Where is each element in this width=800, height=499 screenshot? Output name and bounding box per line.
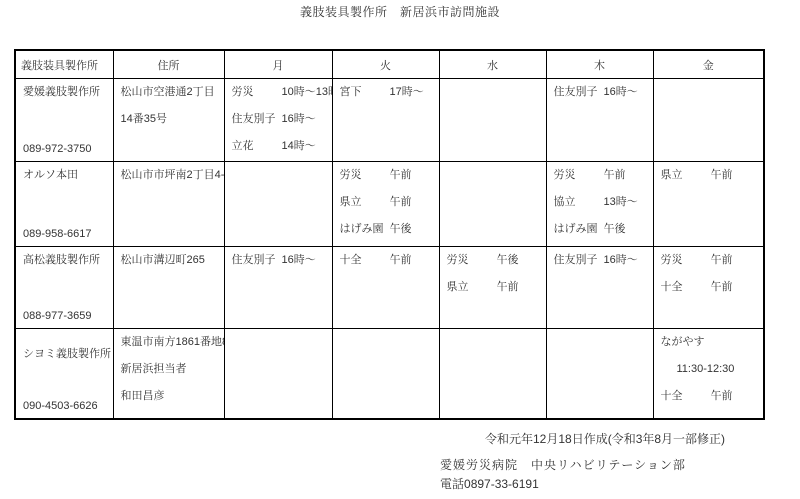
schedule-entry: 住友別子16時〜 [232,106,325,133]
visit-time: 午前 [711,281,733,293]
company-name: オルソ本田 [23,162,106,189]
phone-number: 0897-33-6191 [464,477,539,491]
schedule-cell-wednesday [439,162,546,247]
organization-name: 愛媛労災病院 中央リハビリテーション部 [440,456,686,473]
facility-name: 県立 [661,162,711,189]
address-line: 松山市市坪南2丁目4-24 [121,162,217,189]
facility-name: 宮下 [340,79,390,106]
visit-time: 午前 [711,169,733,181]
facility-name: 労災 [232,79,282,106]
company-name: シヨミ義肢製作所 [23,329,106,368]
facility-name: ながやす [661,329,711,356]
column-header-maker: 義肢装具製作所 [15,50,113,79]
address-line: 和田昌彦 [121,383,217,410]
table-row: 高松義肢製作所 088-977-3659 松山市溝辺町265 住友別子16時〜 … [15,247,764,329]
visit-time: 11:30-12:30 [677,363,735,375]
schedule-cell-monday: 住友別子16時〜 [224,247,332,329]
contact-phone: 電話0897-33-6191 [440,475,539,492]
visit-time: 午前 [390,169,412,181]
facility-name: 十全 [340,247,390,274]
address-line: 14番35号 [121,106,217,133]
visit-time: 16時〜 [604,86,638,98]
facility-name: はげみ園 [340,216,390,243]
schedule-entry: 労災10時〜13時 [232,79,325,106]
schedule-cell-friday: 県立午前 [653,162,764,247]
visit-time: 午後 [497,254,519,266]
schedule-entry: 立花14時〜 [232,133,325,160]
address-line: 松山市空港通2丁目 [121,79,217,106]
facility-name: 労災 [661,247,711,274]
schedule-entry: 協立13時〜 [554,189,646,216]
schedule-cell-tuesday: 労災午前 県立午前 はげみ園午後 [332,162,439,247]
schedule-cell-tuesday: 宮下17時〜 [332,79,439,162]
schedule-cell-friday: ながやす 11:30-12:30 十全午前 [653,329,764,420]
schedule-entry: 十全午前 [340,247,432,274]
table-header-row: 義肢装具製作所 住所 月 火 水 木 金 [15,50,764,79]
address-line: 松山市溝辺町265 [121,247,217,274]
visit-time: 午前 [604,169,626,181]
schedule-cell-wednesday [439,329,546,420]
schedule-entry: 11:30-12:30 [661,356,757,383]
facility-name: 労災 [447,247,497,274]
schedule-entry: はげみ園午後 [340,216,432,243]
column-header-address: 住所 [113,50,224,79]
schedule-entry: 十全午前 [661,274,757,301]
facility-name: 労災 [340,162,390,189]
visit-time: 午前 [711,390,733,402]
schedule-entry: 県立午前 [340,189,432,216]
schedule-entry: 宮下17時〜 [340,79,432,106]
facility-name: 立花 [232,133,282,160]
maker-cell: シヨミ義肢製作所 090-4503-6626 [15,329,113,420]
schedule-entry: 労災午後 [447,247,539,274]
column-header-wednesday: 水 [439,50,546,79]
schedule-cell-wednesday [439,79,546,162]
schedule-entry: ながやす [661,329,757,356]
facility-name: 住友別子 [554,247,604,274]
maker-cell: 高松義肢製作所 088-977-3659 [15,247,113,329]
facility-name: はげみ園 [554,216,604,243]
schedule-entry: 十全午前 [661,383,757,410]
visit-schedule-table: 義肢装具製作所 住所 月 火 水 木 金 愛媛義肢製作所 089-972-375… [14,49,765,420]
maker-cell: オルソ本田 089-958-6617 [15,162,113,247]
document-page: 義肢装具製作所 新居浜市訪問施設 義肢装具製作所 住所 月 火 水 木 金 愛媛… [0,0,800,499]
visit-time: 午前 [390,254,412,266]
address-line: 新居浜担当者 [121,356,217,383]
schedule-cell-thursday: 住友別子16時〜 [546,247,653,329]
visit-time: 16時〜 [282,254,316,266]
company-phone: 088-977-3659 [23,310,92,323]
maker-cell: 愛媛義肢製作所 089-972-3750 [15,79,113,162]
column-header-tuesday: 火 [332,50,439,79]
phone-label: 電話 [440,475,464,492]
table-row: オルソ本田 089-958-6617 松山市市坪南2丁目4-24 労災午前 県立… [15,162,764,247]
address-cell: 松山市市坪南2丁目4-24 [113,162,224,247]
column-header-thursday: 木 [546,50,653,79]
facility-name: 十全 [661,274,711,301]
facility-name: 十全 [661,383,711,410]
schedule-cell-tuesday [332,329,439,420]
company-phone: 090-4503-6626 [23,400,98,413]
address-cell: 松山市空港通2丁目 14番35号 [113,79,224,162]
visit-time: 午前 [497,281,519,293]
facility-name: 住友別子 [232,247,282,274]
table-row: 愛媛義肢製作所 089-972-3750 松山市空港通2丁目 14番35号 労災… [15,79,764,162]
schedule-entry: 労災午前 [554,162,646,189]
column-header-friday: 金 [653,50,764,79]
schedule-cell-monday [224,329,332,420]
visit-time: 10時〜13時 [282,86,332,98]
facility-name: 県立 [447,274,497,301]
facility-name: 労災 [554,162,604,189]
facility-name: 協立 [554,189,604,216]
schedule-cell-tuesday: 十全午前 [332,247,439,329]
schedule-entry: 県立午前 [661,162,757,189]
company-phone: 089-972-3750 [23,143,92,156]
created-date: 令和元年12月18日作成(令和3年8月一部修正) [485,430,725,447]
schedule-entry: 県立午前 [447,274,539,301]
schedule-entry: 住友別子16時〜 [554,79,646,106]
schedule-cell-wednesday: 労災午後 県立午前 [439,247,546,329]
schedule-entry: 労災午前 [340,162,432,189]
facility-name: 県立 [340,189,390,216]
facility-name: 住友別子 [554,79,604,106]
visit-time: 午前 [390,196,412,208]
address-line: 東温市南方1861番地8号 [121,329,217,356]
schedule-cell-friday: 労災午前 十全午前 [653,247,764,329]
visit-time: 16時〜 [282,113,316,125]
address-cell: 松山市溝辺町265 [113,247,224,329]
visit-time: 16時〜 [604,254,638,266]
schedule-cell-thursday: 住友別子16時〜 [546,79,653,162]
table-row: シヨミ義肢製作所 090-4503-6626 東温市南方1861番地8号 新居浜… [15,329,764,420]
address-cell: 東温市南方1861番地8号 新居浜担当者 和田昌彦 [113,329,224,420]
facility-name: 住友別子 [232,106,282,133]
schedule-cell-thursday: 労災午前 協立13時〜 はげみ園午後 [546,162,653,247]
page-title: 義肢装具製作所 新居浜市訪問施設 [0,3,800,20]
company-phone: 089-958-6617 [23,228,92,241]
visit-time: 17時〜 [390,86,424,98]
schedule-cell-monday: 労災10時〜13時 住友別子16時〜 立花14時〜 [224,79,332,162]
visit-time: 午前 [711,254,733,266]
schedule-entry: 労災午前 [661,247,757,274]
visit-time: 13時〜 [604,196,638,208]
company-name: 高松義肢製作所 [23,247,106,274]
schedule-entry: はげみ園午後 [554,216,646,243]
visit-time: 14時〜 [282,140,316,152]
visit-time: 午後 [390,223,412,235]
schedule-cell-friday [653,79,764,162]
column-header-monday: 月 [224,50,332,79]
schedule-cell-thursday [546,329,653,420]
schedule-entry: 住友別子16時〜 [232,247,325,274]
schedule-entry: 住友別子16時〜 [554,247,646,274]
company-name: 愛媛義肢製作所 [23,79,106,106]
visit-time: 午後 [604,223,626,235]
schedule-cell-monday [224,162,332,247]
